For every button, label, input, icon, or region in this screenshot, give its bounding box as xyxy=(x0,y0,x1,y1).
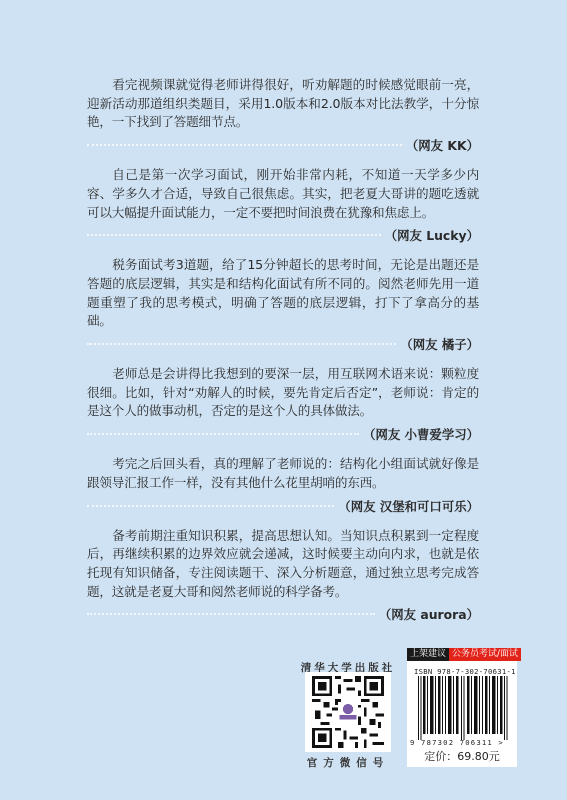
review-item: 看完视频课就觉得老师讲得很好，听劝解题的时候感觉眼前一亮，迎新活动那道组织类题目… xyxy=(87,76,479,156)
dotted-divider xyxy=(87,613,375,615)
review-author: （网友 小曹爱学习） xyxy=(363,425,479,443)
dotted-divider xyxy=(87,343,396,345)
review-text: 自己是第一次学习面试，刚开始非常内耗，不知道一天学多少内容、学多久才合适，导致自… xyxy=(87,166,479,222)
barcode-icon xyxy=(418,676,510,740)
review-text: 看完视频课就觉得老师讲得很好，听劝解题的时候感觉眼前一亮，迎新活动那道组织类题目… xyxy=(87,76,479,132)
review-attribution-row: （网友 Lucky） xyxy=(87,224,479,246)
review-author: （网友 Lucky） xyxy=(385,226,479,244)
review-attribution-row: （网友 小曹爱学习） xyxy=(87,423,479,445)
dotted-divider xyxy=(87,505,334,507)
isbn-text: ISBN 978-7-302-70631-1 xyxy=(414,667,516,676)
review-text: 老师总是会讲得比我想到的要深一层，用互联网术语来说：颗粒度很细。比如，针对“劝解… xyxy=(87,365,479,421)
review-attribution-row: （网友 aurora） xyxy=(87,603,479,625)
review-text: 税务面试考3道题，给了15分钟超长的思考时间，无论是出题还是答题的底层逻辑，其实… xyxy=(87,256,479,331)
shelf-category: 公务员考试/面试 xyxy=(449,648,521,661)
dotted-divider xyxy=(87,433,359,435)
review-text: 考完之后回头看，真的理解了老师说的：结构化小组面试就好像是跟领导汇报工作一样，没… xyxy=(87,455,479,492)
dotted-divider xyxy=(87,144,402,146)
shelf-suggestion: 上架建议 公务员考试/面试 xyxy=(407,648,518,661)
review-attribution-row: （网友 橘子） xyxy=(87,333,479,355)
review-item: 考完之后回头看，真的理解了老师说的：结构化小组面试就好像是跟领导汇报工作一样，没… xyxy=(87,455,479,516)
shelf-label: 上架建议 xyxy=(407,648,449,661)
price-label: 定价：69.80元 xyxy=(407,748,517,764)
ean-digits: 9 787302 706311 > xyxy=(410,738,504,747)
review-author: （网友 aurora） xyxy=(379,605,479,623)
wechat-label: 官方微信号 xyxy=(300,755,396,770)
review-item: 备考前期注重知识积累，提高思想认知。当知识点积累到一定程度后，再继续积累的边界效… xyxy=(87,527,479,626)
qr-code-icon xyxy=(312,676,384,748)
reviews-list: 看完视频课就觉得老师讲得很好，听劝解题的时候感觉眼前一亮，迎新活动那道组织类题目… xyxy=(87,76,479,625)
review-author: （网友 KK） xyxy=(406,136,479,154)
qr-code[interactable] xyxy=(305,672,391,752)
review-attribution-row: （网友 KK） xyxy=(87,134,479,156)
review-author: （网友 橘子） xyxy=(400,335,479,353)
review-item: 自己是第一次学习面试，刚开始非常内耗，不知道一天学多少内容、学多久才合适，导致自… xyxy=(87,166,479,246)
review-attribution-row: （网友 汉堡和可口可乐） xyxy=(87,495,479,517)
review-author: （网友 汉堡和可口可乐） xyxy=(338,497,479,515)
review-text: 备考前期注重知识积累，提高思想认知。当知识点积累到一定程度后，再继续积累的边界效… xyxy=(87,527,479,602)
dotted-divider xyxy=(87,234,381,236)
review-item: 老师总是会讲得比我想到的要深一层，用互联网术语来说：颗粒度很细。比如，针对“劝解… xyxy=(87,365,479,445)
review-item: 税务面试考3道题，给了15分钟超长的思考时间，无论是出题还是答题的底层逻辑，其实… xyxy=(87,256,479,355)
